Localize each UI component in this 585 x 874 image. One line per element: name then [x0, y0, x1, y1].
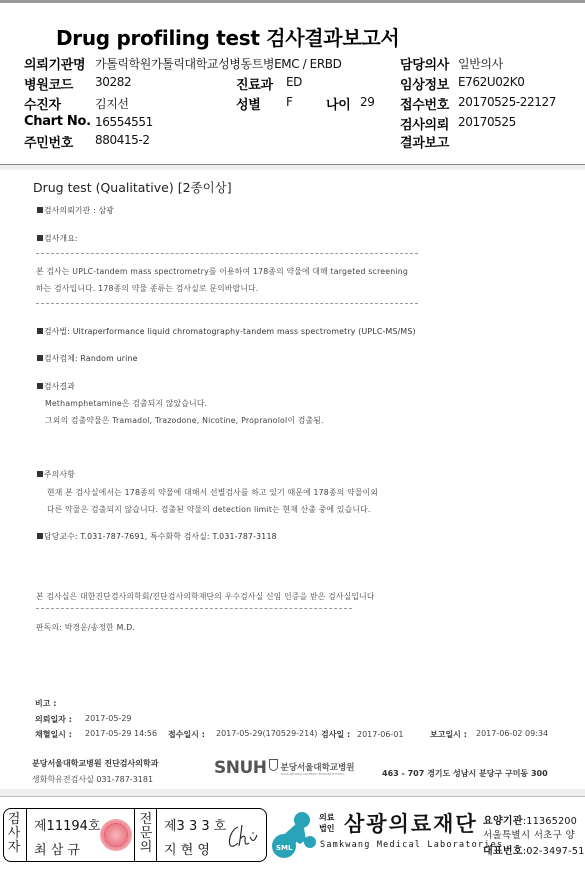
receipt-datetime-value: 2017-05-29(170529-214) [216, 729, 317, 738]
svg-text:SML: SML [276, 844, 293, 852]
handwritten-signature-icon [226, 823, 260, 849]
patient-value: 김지선 [95, 95, 129, 112]
reviewer: 판독의: 박경운/송정한 M.D. [36, 622, 135, 633]
requesting-institution: 검사의뢰기관 : 삼광 [37, 205, 114, 216]
overview-line-1: 본 검사는 UPLC-tandem mass spectrometry를 이용하… [36, 266, 408, 277]
doctor-label: 담당의사 [400, 54, 449, 73]
report-date-label: 보고일시 : [430, 729, 467, 740]
bullet-square-icon [37, 533, 43, 539]
document-title: Drug profiling test 검사결과보고서 [56, 22, 399, 51]
clinical-info-label: 임상정보 [400, 74, 449, 93]
lab-contact: 생화학유전검사실 031-787-3181 [32, 774, 153, 785]
test-method: 검사법: Ultraperformance liquid chromatogra… [37, 326, 416, 337]
signature-box: 검 사 자 제11194호 최 삼 규 전 문 의 제3 3 3 호 지 현 영 [3, 808, 267, 862]
bullet-square-icon [37, 355, 43, 361]
certification-statement: 본 검사실은 대한진단검사의학회/진단검사의학재단의 우수검사실 신임 인증을 … [36, 591, 375, 602]
age-label: 나이 [326, 94, 351, 113]
department-value: ED [286, 75, 302, 89]
sml-english-name: Samkwang Medical Laboratories [320, 840, 503, 850]
sml-logo-icon: SML [270, 810, 320, 858]
receipt-number-label: 접수번호 [400, 94, 449, 113]
sex-label: 성별 [236, 94, 261, 113]
collection-label: 채혈일시 : [35, 729, 72, 740]
bullet-square-icon [37, 235, 43, 241]
receipt-datetime-label: 접수일시 : [168, 729, 205, 740]
report-date-value: 2017-06-02 09:34 [476, 729, 548, 738]
gray-band-bottom [0, 789, 585, 796]
doctor-value: 일반의사 [458, 55, 503, 72]
dashed-divider [36, 303, 418, 304]
institution-label: 의뢰기관명 [24, 54, 85, 73]
top-border [0, 0, 585, 3]
examiner-number: 제11194호 [34, 815, 100, 834]
rrn-value: 880415-2 [95, 133, 150, 147]
bullet-square-icon [37, 328, 43, 334]
divider [134, 809, 135, 861]
bullet-square-icon [37, 383, 43, 389]
request-date-label: 의뢰일자 : [35, 714, 72, 725]
bullet-square-icon [37, 207, 43, 213]
patient-label: 수진자 [24, 94, 61, 113]
test-date-value: 2017-06-01 [357, 730, 404, 739]
gray-band-top [0, 165, 585, 170]
facility-code: 요양기관:11365200 [483, 812, 577, 827]
footer-separator [0, 796, 585, 797]
sex-value: F [286, 95, 293, 109]
specialist-name: 지 현 영 [164, 839, 210, 858]
examiner-name: 최 삼 규 [34, 839, 80, 858]
department-label: 진료과 [236, 74, 273, 93]
result-line-1: Methamphetamine은 검출되지 않았습니다. [45, 398, 207, 409]
clinical-info-value: E762U02K0 [458, 75, 524, 89]
collection-value: 2017-05-29 14:56 [85, 729, 157, 738]
snuh-korean-name: 분당서울대학교병원 [281, 761, 355, 773]
examiner-label: 검 사 자 [6, 813, 22, 855]
institution-value: 가톨릭학원가톨릭대학교성병동트병EMC / ERBD [95, 55, 341, 72]
chart-no-value: 16554551 [95, 115, 153, 129]
result-report-label: 결과보고 [400, 132, 449, 151]
test-request-label: 검사의뢰 [400, 114, 449, 133]
receipt-number-value: 20170525-22127 [458, 95, 556, 109]
specialist-label: 전 문 의 [138, 813, 154, 855]
snuh-logo: SNUH 분당서울대학교병원 SEOUL NATIONAL UNIVERSITY… [214, 757, 354, 779]
specialist-number: 제3 3 3 호 [164, 815, 226, 834]
chart-no-label: Chart No. [24, 114, 91, 129]
caution-heading: 주의사항 [37, 469, 75, 480]
caution-line-1: 현재 본 검사실에서는 178종의 약물에 대해서 선별검사를 하고 있기 때문… [47, 487, 378, 498]
snuh-english-name: SEOUL NATIONAL UNIVERSITY BUNDANG HOSPIT… [281, 773, 355, 776]
dashed-divider [36, 253, 418, 254]
age-value: 29 [360, 95, 374, 109]
hospital-code-label: 병원코드 [24, 74, 73, 93]
sml-korean-name: 삼광의료재단 [344, 808, 478, 838]
result-heading: 검사결과 [37, 381, 75, 392]
test-request-value: 20170525 [458, 115, 516, 129]
caution-line-2: 다른 약물은 검출되지 않습니다. 검출된 약물의 detection limi… [47, 504, 371, 515]
snuh-wordmark: SNUH [214, 758, 267, 778]
department-name: 분당서울대학교병원 진단검사의학과 [32, 758, 158, 769]
sml-phone: 대표번호:02-3497-5100 [483, 842, 585, 857]
hospital-code-value: 30282 [95, 75, 131, 89]
corp-type: 의료 법인 [319, 812, 334, 834]
overview-line-2: 하는 검사입니다. 178종의 약물 종류는 검사실로 문의바랍니다. [36, 283, 258, 294]
rrn-label: 주민번호 [24, 132, 73, 151]
dashed-divider [36, 608, 352, 609]
hospital-address: 463 - 707 경기도 성남시 분당구 구미동 300 [382, 768, 548, 779]
divider [156, 809, 157, 861]
result-line-2: 그외의 검출약물은 Tramadol, Trazodone, Nicotine,… [45, 415, 324, 426]
divider [26, 809, 27, 861]
test-date-label: 검사일 : [321, 729, 350, 740]
contact-info: 담당교수: T.031-787-7691, 특수화학 검사실: T.031-78… [37, 531, 277, 542]
specimen: 검사검체: Random urine [37, 353, 138, 364]
bullet-square-icon [37, 471, 43, 477]
remarks-label: 비고 : [35, 698, 56, 709]
request-date-value: 2017-05-29 [85, 714, 132, 723]
snuh-shield-icon [269, 759, 278, 771]
sml-address: 서울특별시 서초구 양 [483, 827, 575, 841]
report-title: Drug test (Qualitative) [2종이상] [33, 178, 232, 196]
overview-heading: 검사개요: [37, 233, 78, 244]
official-seal-icon [100, 819, 132, 851]
